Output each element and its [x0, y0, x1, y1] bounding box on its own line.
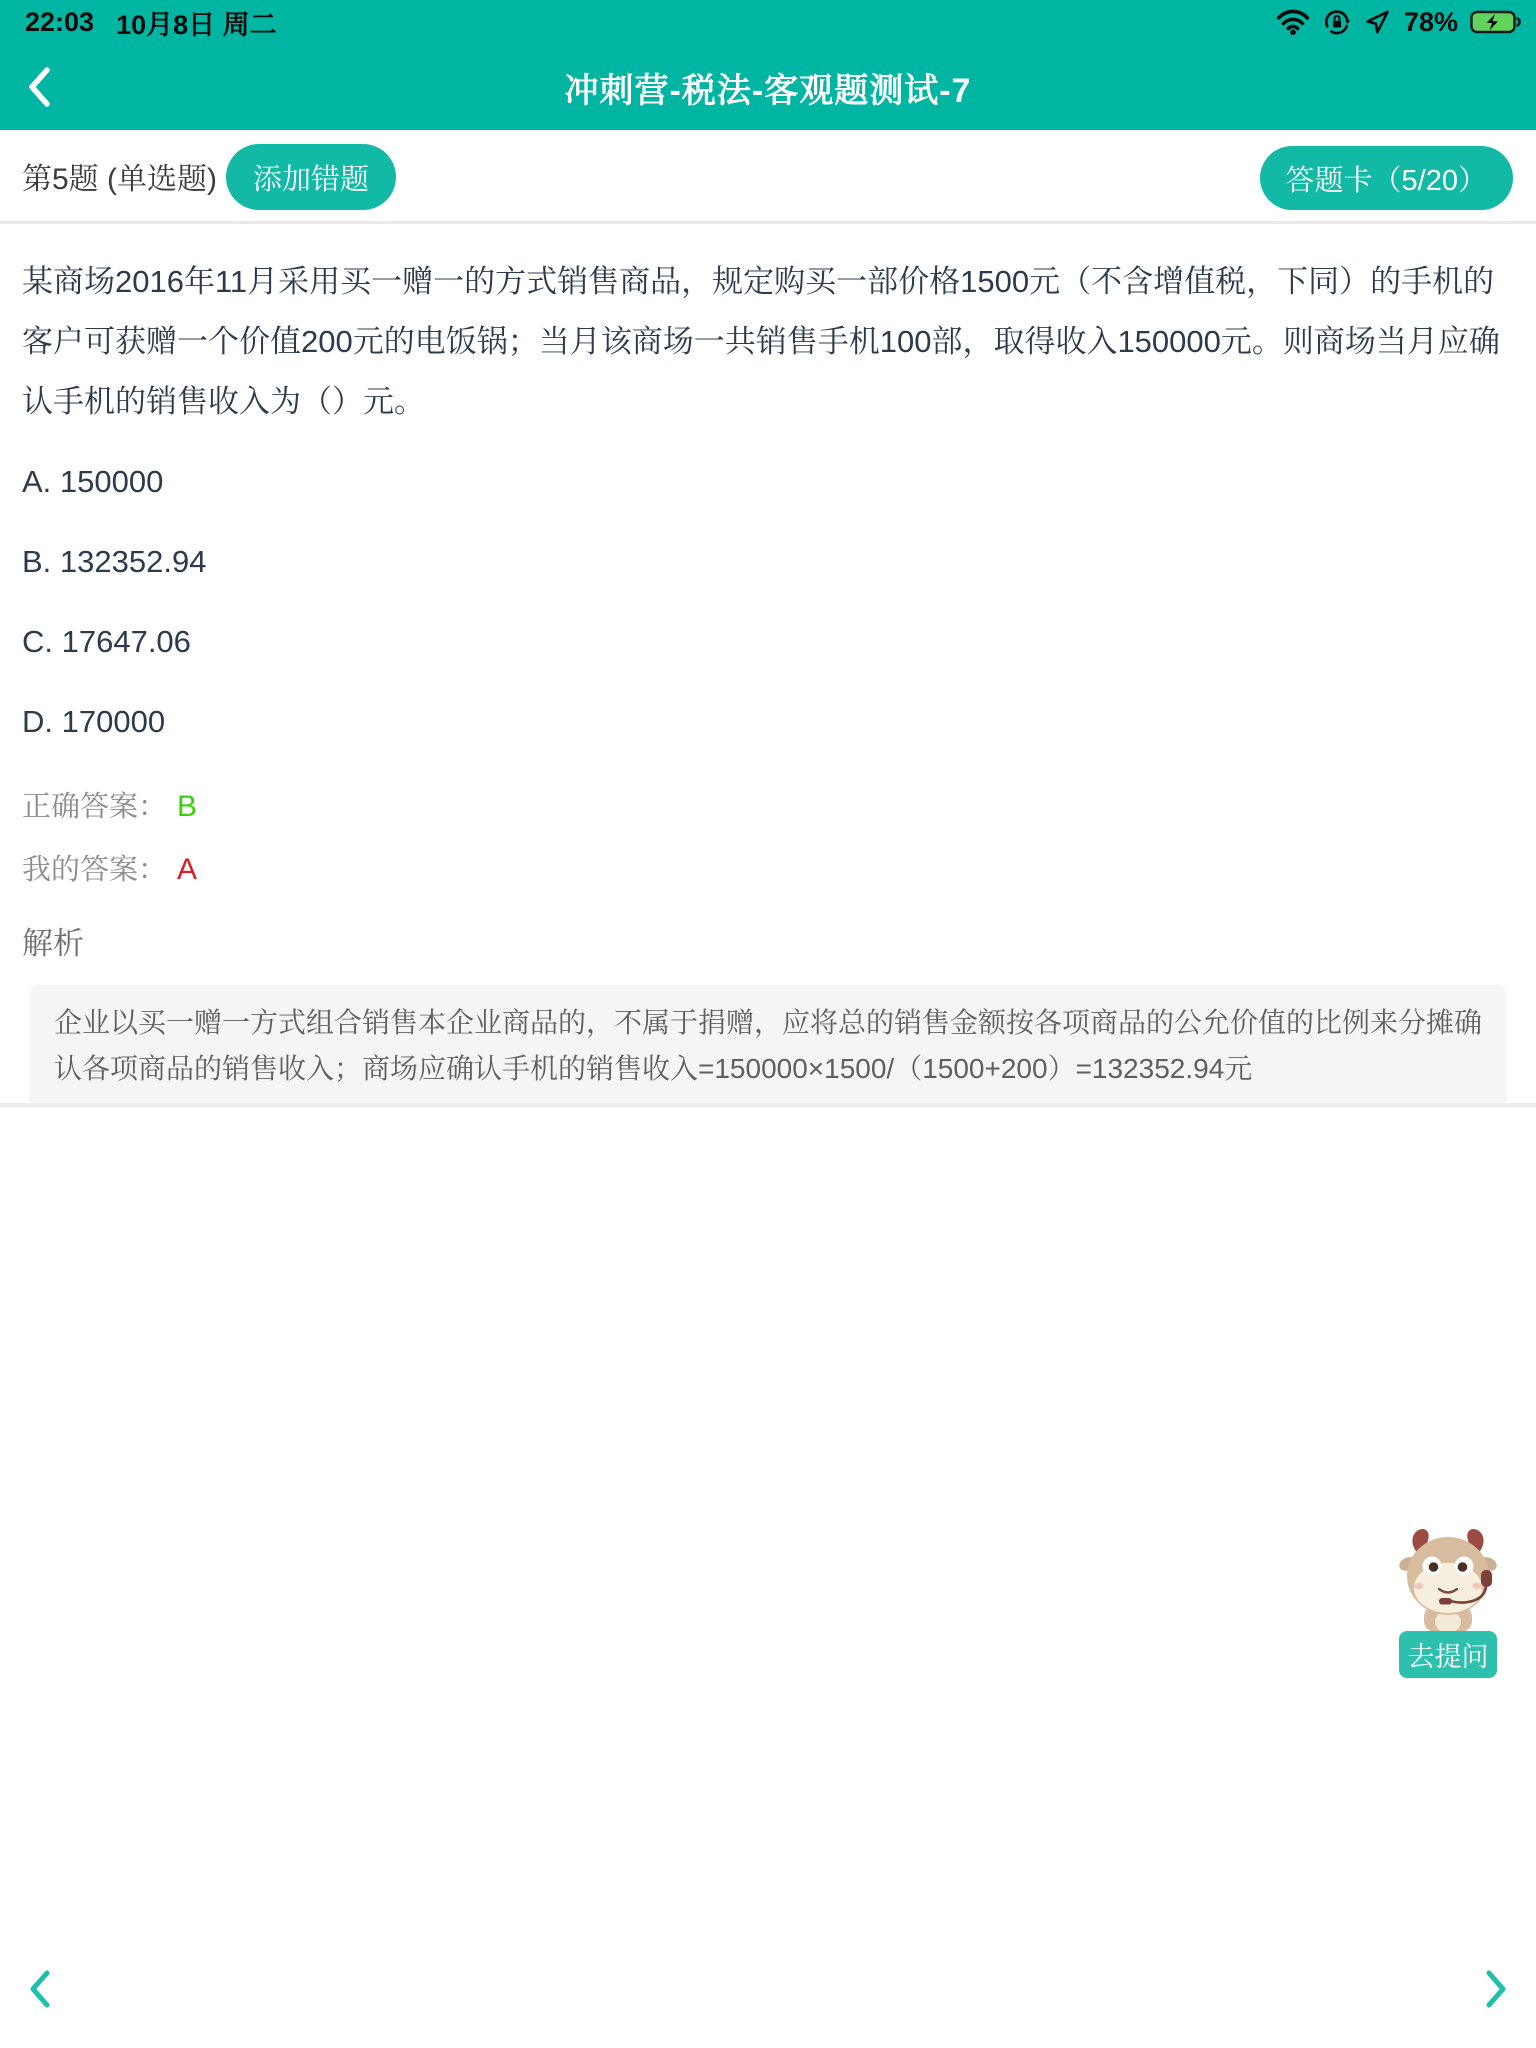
question-header-row: 第5题 (单选题) 添加错题 答题卡（5/20）	[0, 130, 1536, 224]
ask-question-button[interactable]: 去提问	[1399, 1631, 1497, 1678]
answer-card-button[interactable]: 答题卡（5/20）	[1260, 146, 1513, 210]
correct-answer-label: 正确答案：	[22, 784, 167, 825]
location-icon	[1364, 8, 1392, 36]
question-text: 某商场2016年11月采用买一赠一的方式销售商品，规定购买一部价格1500元（不…	[22, 252, 1514, 432]
status-right: 78%	[1276, 7, 1522, 38]
question-content: 某商场2016年11月采用买一赠一的方式销售商品，规定购买一部价格1500元（不…	[0, 227, 1536, 1107]
app-screen: 22:03 10月8日 周二 78%	[0, 0, 1536, 2048]
option-b[interactable]: B. 132352.94	[22, 544, 1514, 580]
chevron-right-icon	[1484, 1969, 1508, 2009]
status-left: 22:03 10月8日 周二	[25, 3, 277, 42]
rotation-lock-icon	[1322, 7, 1352, 37]
correct-answer-row: 正确答案： B	[22, 784, 1514, 825]
battery-percent: 78%	[1404, 7, 1458, 38]
prev-question-button[interactable]	[28, 1968, 52, 2012]
analysis-box: 企业以买一赠一方式组合销售本企业商品的，不属于捐赠，应将总的销售金额按各项商品的…	[30, 985, 1506, 1107]
clock: 22:03	[25, 7, 94, 38]
chevron-left-icon	[28, 1969, 52, 2009]
analysis-heading: 解析	[22, 918, 1514, 963]
date: 10月8日 周二	[116, 3, 277, 42]
section-divider	[0, 1103, 1536, 1107]
my-answer-row: 我的答案： A	[22, 847, 1514, 888]
battery-charging-icon	[1470, 9, 1522, 35]
correct-answer-value: B	[177, 790, 197, 824]
cow-mascot-icon	[1398, 1524, 1498, 1634]
chevron-left-icon	[26, 66, 52, 108]
option-c[interactable]: C. 17647.06	[22, 624, 1514, 660]
options-list: A. 150000 B. 132352.94 C. 17647.06 D. 17…	[22, 464, 1514, 740]
analysis-text: 企业以买一赠一方式组合销售本企业商品的，不属于捐赠，应将总的销售金额按各项商品的…	[54, 1000, 1482, 1092]
add-mistake-button[interactable]: 添加错题	[226, 144, 396, 210]
status-bar: 22:03 10月8日 周二 78%	[0, 0, 1536, 44]
assistant-mascot[interactable]: 去提问	[1398, 1524, 1498, 1678]
question-number-label: 第5题 (单选题)	[22, 154, 217, 198]
back-button[interactable]	[26, 66, 52, 108]
page-title: 冲刺营-税法-客观题测试-7	[565, 63, 972, 112]
option-d[interactable]: D. 170000	[22, 704, 1514, 740]
option-a[interactable]: A. 150000	[22, 464, 1514, 500]
my-answer-label: 我的答案：	[22, 847, 167, 888]
wifi-icon	[1276, 9, 1310, 35]
next-question-button[interactable]	[1484, 1968, 1508, 2012]
bottom-nav	[0, 1966, 1536, 2014]
my-answer-value: A	[177, 853, 197, 887]
nav-bar: 冲刺营-税法-客观题测试-7	[0, 44, 1536, 130]
